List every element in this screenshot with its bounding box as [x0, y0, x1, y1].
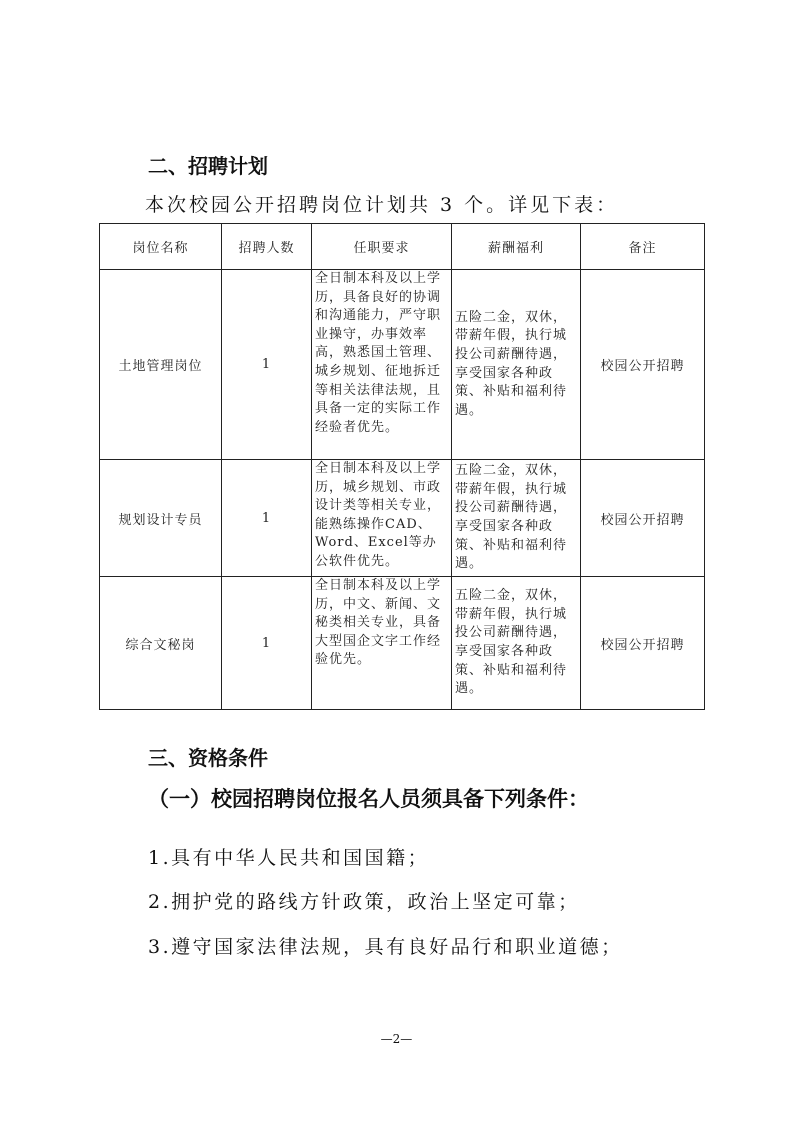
subheading-campus-conditions: （一）校园招聘岗位报名人员须具备下列条件：: [148, 783, 589, 813]
cell-benefits: 五险二金，双休，带薪年假，执行城投公司薪酬待遇，享受国家各种政策、补贴和福利待遇…: [452, 577, 581, 710]
header-count: 招聘人数: [222, 224, 312, 270]
cell-position: 规划设计专员: [100, 460, 222, 577]
cell-requirements: 全日制本科及以上学历，具备良好的协调和沟通能力，严守职业操守，办事效率高，熟悉国…: [312, 270, 452, 460]
cell-benefits: 五险二金，双休，带薪年假，执行城投公司薪酬待遇，享受国家各种政策、补贴和福利待遇…: [452, 270, 581, 460]
cell-position: 土地管理岗位: [100, 270, 222, 460]
table-row: 规划设计专员 1 全日制本科及以上学历，城乡规划、市政设计类等相关专业，能熟练操…: [100, 460, 705, 577]
cell-count: 1: [222, 577, 312, 710]
header-note: 备注: [581, 224, 705, 270]
recruitment-table: 岗位名称 招聘人数 任职要求 薪酬福利 备注 土地管理岗位 1 全日制本科及以上…: [99, 223, 705, 710]
cell-requirements: 全日制本科及以上学历，城乡规划、市政设计类等相关专业，能熟练操作CAD、Word…: [312, 460, 452, 577]
table-header-row: 岗位名称 招聘人数 任职要求 薪酬福利 备注: [100, 224, 705, 270]
condition-item: 3.遵守国家法律法规，具有良好品行和职业道德；: [148, 932, 623, 959]
cell-note: 校园公开招聘: [581, 460, 705, 577]
condition-item: 2.拥护党的路线方针政策，政治上坚定可靠；: [148, 887, 580, 914]
section-heading-recruitment-plan: 二、招聘计划: [148, 150, 268, 179]
section-heading-qualifications: 三、资格条件: [148, 742, 268, 771]
cell-count: 1: [222, 460, 312, 577]
cell-benefits: 五险二金，双休，带薪年假，执行城投公司薪酬待遇，享受国家各种政策、补贴和福利待遇…: [452, 460, 581, 577]
cell-position: 综合文秘岗: [100, 577, 222, 710]
table-row: 土地管理岗位 1 全日制本科及以上学历，具备良好的协调和沟通能力，严守职业操守，…: [100, 270, 705, 460]
condition-item: 1.具有中华人民共和国国籍；: [148, 843, 429, 870]
header-requirements: 任职要求: [312, 224, 452, 270]
header-position: 岗位名称: [100, 224, 222, 270]
header-benefits: 薪酬福利: [452, 224, 581, 270]
cell-note: 校园公开招聘: [581, 270, 705, 460]
cell-note: 校园公开招聘: [581, 577, 705, 710]
cell-requirements: 全日制本科及以上学历，中文、新闻、文秘类相关专业，具备大型国企文字工作经验优先。: [312, 577, 452, 710]
cell-count: 1: [222, 270, 312, 460]
page-number: —2—: [0, 1032, 793, 1046]
table-row: 综合文秘岗 1 全日制本科及以上学历，中文、新闻、文秘类相关专业，具备大型国企文…: [100, 577, 705, 710]
intro-paragraph: 本次校园公开招聘岗位计划共 3 个。详见下表：: [145, 190, 618, 217]
